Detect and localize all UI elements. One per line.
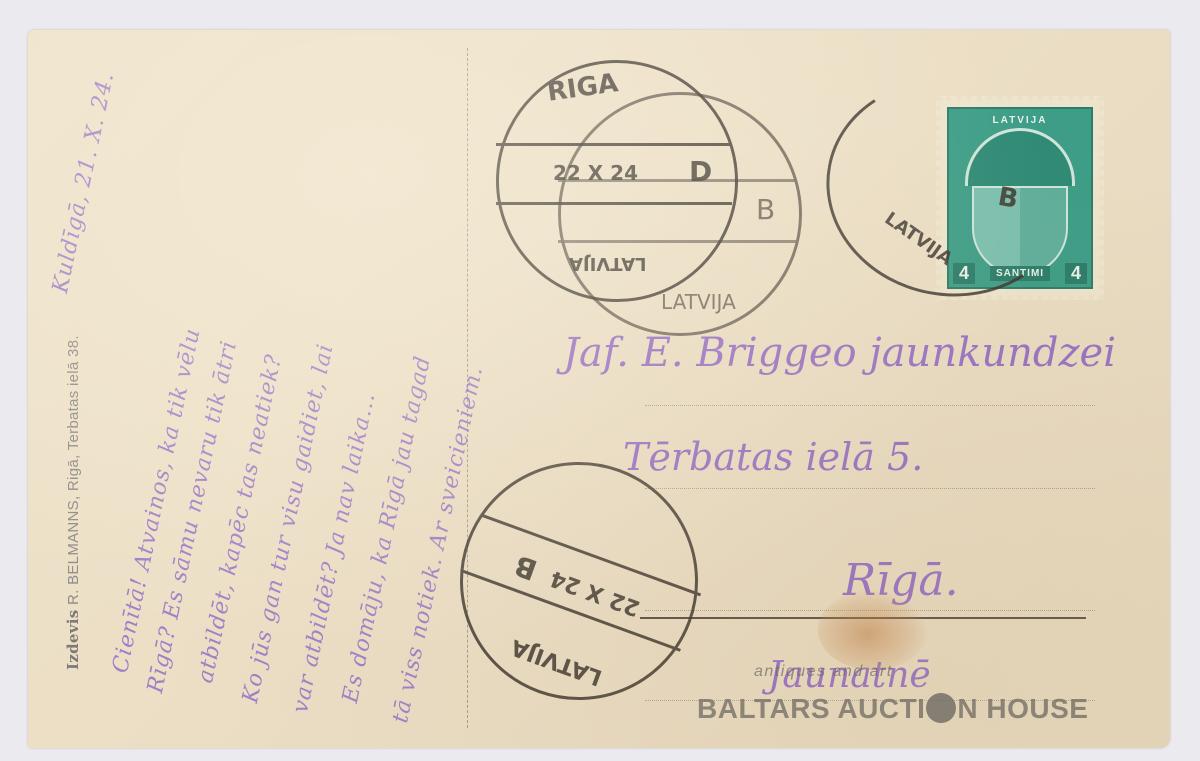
- watermark-name-part: BALTARS AUCTI: [697, 693, 925, 724]
- address-dotted-line: [645, 405, 1095, 406]
- postmark-city: RIGA: [545, 68, 620, 108]
- address-line-2: Tērbatas ielā 5.: [623, 435, 923, 479]
- postmark-country: LATVIJA: [881, 208, 957, 270]
- postmark-code: B: [756, 193, 775, 226]
- stain: [818, 590, 928, 670]
- postmark-code: D: [689, 155, 712, 188]
- address-dotted-line: [645, 488, 1095, 489]
- crown-logo-icon: [926, 693, 956, 723]
- publisher-prefix: Izdevis: [64, 609, 82, 670]
- postmark-country: LATVIJA: [508, 634, 606, 690]
- address-line-1: Jaf. E. Briggeo jaunkundzei: [563, 330, 1116, 376]
- stamp-value-right: 4: [1065, 263, 1087, 284]
- postmark-country: LATVIJA: [569, 253, 647, 274]
- postcard-back: Izdevis R. BELMANNS, Rigā, Terbatas ielā…: [28, 30, 1170, 748]
- postmark-country: LATVIJA: [661, 290, 736, 314]
- publisher-imprint: Izdevis R. BELMANNS, Rigā, Terbatas ielā…: [64, 335, 82, 670]
- auction-house-watermark: antiques and art BALTARS AUCTIN HOUSE: [697, 693, 1137, 725]
- postmark-date: 22 X 24: [553, 161, 638, 185]
- postmark-riga: RIGA 22 X 24 D LATVIJA: [496, 60, 738, 302]
- publisher-text: R. BELMANNS, Rigā, Terbatas ielā 38.: [65, 335, 82, 605]
- watermark-name-part: N HOUSE: [957, 693, 1088, 724]
- watermark-name: BALTARS AUCTIN HOUSE: [697, 693, 1137, 725]
- postmark-code: B: [996, 182, 1021, 215]
- watermark-tagline: antiques and art: [754, 663, 893, 681]
- message-line: Kuldīgā, 21. X. 24.: [48, 70, 119, 295]
